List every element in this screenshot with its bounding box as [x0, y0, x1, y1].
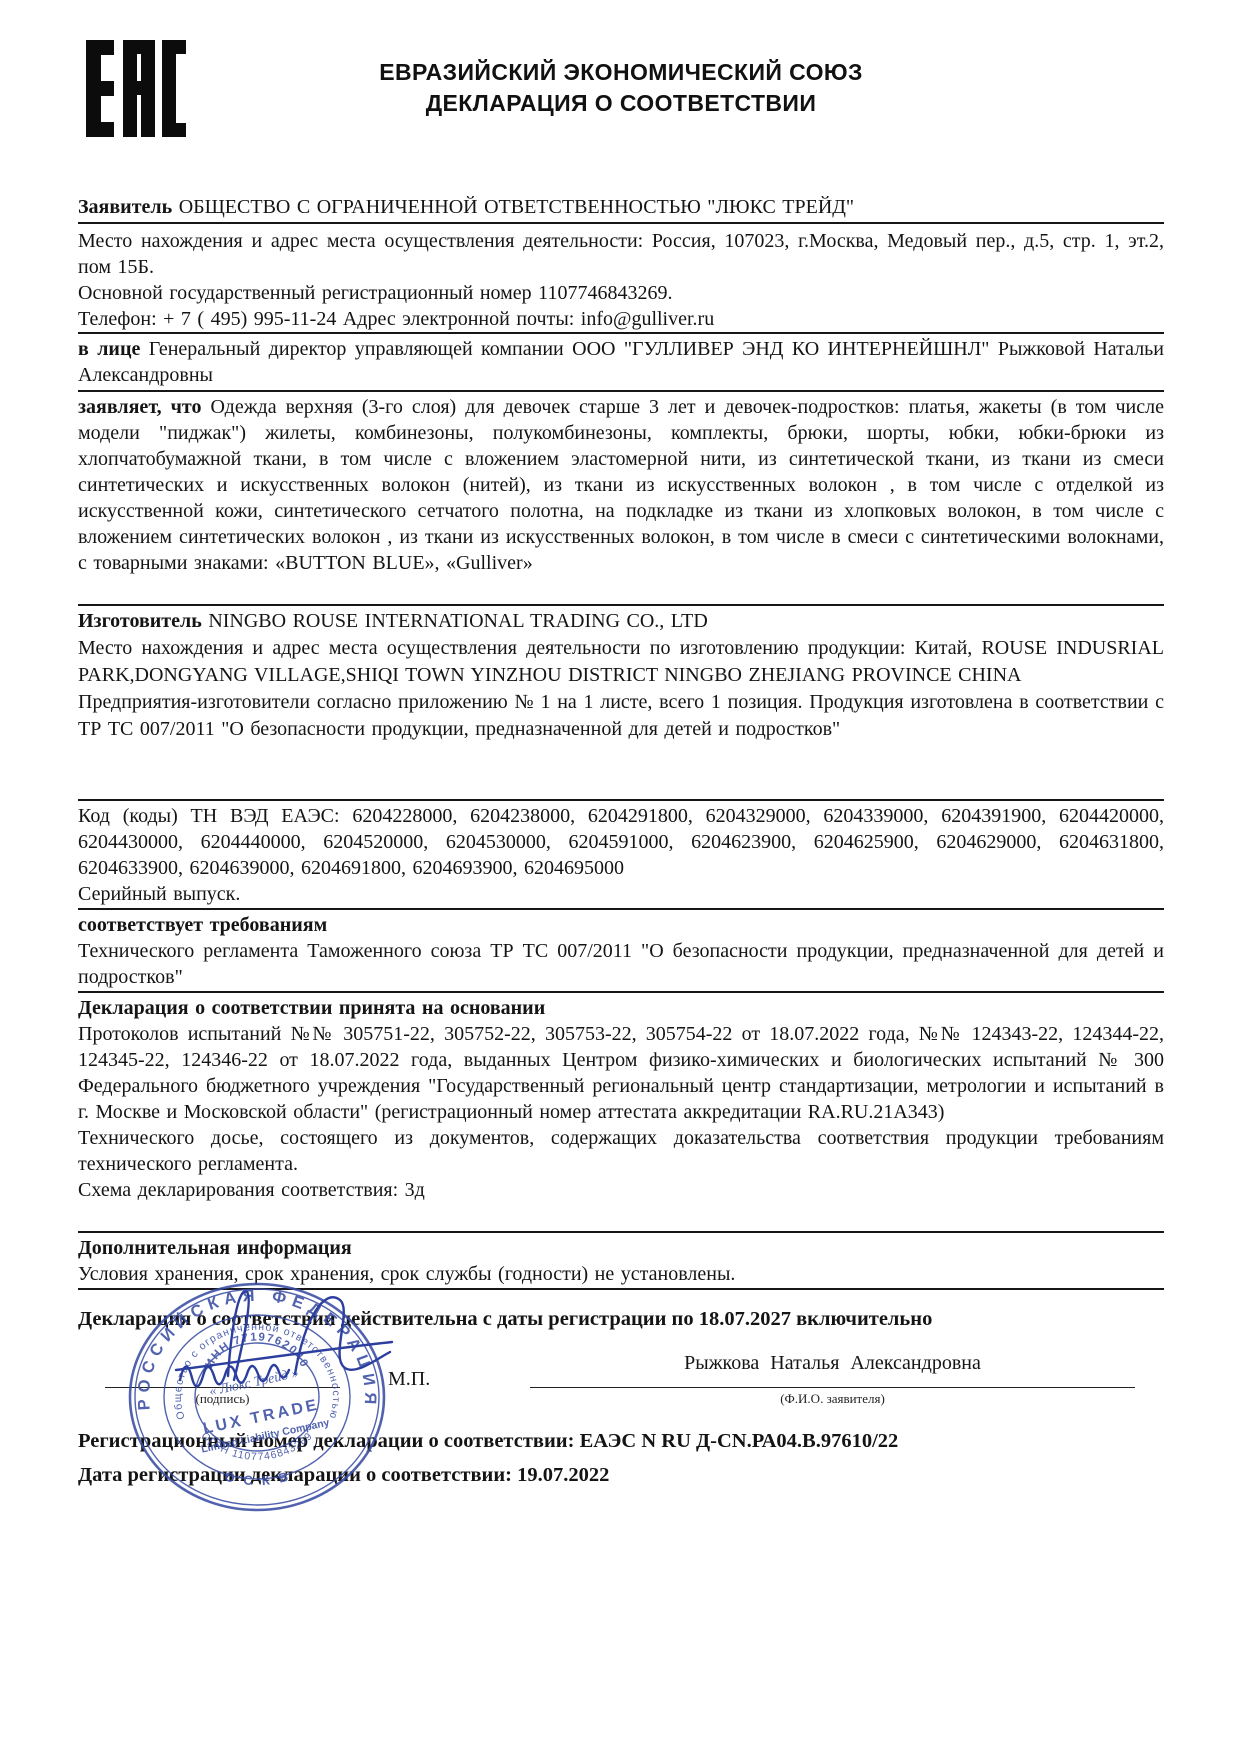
separator-line: [78, 390, 1164, 392]
basis-dossier: Технического досье, состоящего из докуме…: [78, 1125, 1164, 1177]
registration-number-value: ЕАЭС N RU Д-CN.РА04.В.97610/22: [580, 1430, 899, 1452]
representative-text: Генеральный директор управляющей компани…: [78, 338, 1164, 386]
basis-scheme: Схема декларирования соответствия: 3д: [78, 1177, 1164, 1203]
applicant-ogrn: Основной государственный регистрационный…: [78, 280, 1164, 306]
manufacturer-note: Предприятия-изготовители согласно прилож…: [78, 689, 1164, 743]
declaration-page: ЕВРАЗИЙСКИЙ ЭКОНОМИЧЕСКИЙ СОЮЗ ДЕКЛАРАЦИ…: [0, 0, 1240, 1755]
title-line-2: ДЕКЛАРАЦИЯ О СООТВЕТСТВИИ: [78, 88, 1164, 119]
manufacturer-section: Изготовитель NINGBO ROUSE INTERNATIONAL …: [78, 608, 1164, 743]
applicant-details: Место нахождения и адрес места осуществл…: [78, 228, 1164, 332]
registration-date-value: 19.07.2022: [517, 1464, 609, 1486]
basis-section: Декларация о соответствии принята на осн…: [78, 995, 1164, 1203]
applicant-phone: Телефон: + 7 ( 495) 995-11-24 Адрес элек…: [78, 306, 1164, 332]
basis-label: Декларация о соответствии принята на осн…: [78, 997, 545, 1019]
separator-line: [78, 1231, 1164, 1233]
serial-release: Серийный выпуск.: [78, 881, 1164, 907]
compliance-section: соответствует требованиям Технического р…: [78, 912, 1164, 990]
applicant-fio: Рыжкова Наталья Александровна: [530, 1352, 1135, 1375]
signature-scribble: [118, 1246, 418, 1426]
separator-line: [78, 222, 1164, 224]
title-line-1: ЕВРАЗИЙСКИЙ ЭКОНОМИЧЕСКИЙ СОЮЗ: [78, 57, 1164, 88]
separator-line: [78, 604, 1164, 606]
applicant-row: Заявитель ОБЩЕСТВО С ОГРАНИЧЕННОЙ ОТВЕТС…: [78, 194, 1164, 220]
manufacturer-address: Место нахождения и адрес места осуществл…: [78, 635, 1164, 689]
tnved-codes: Код (коды) ТН ВЭД ЕАЭС: 6204228000, 6204…: [78, 803, 1164, 881]
basis-protocols: Протоколов испытаний №№ 305751-22, 30575…: [78, 1021, 1164, 1125]
applicant-name: ОБЩЕСТВО С ОГРАНИЧЕННОЙ ОТВЕТСТВЕННОСТЬЮ…: [179, 196, 854, 218]
applicant-address: Место нахождения и адрес места осуществл…: [78, 228, 1164, 280]
manufacturer-label: Изготовитель: [78, 610, 202, 632]
fio-caption: (Ф.И.О. заявителя): [530, 1391, 1135, 1407]
separator-line: [78, 991, 1164, 993]
representative-label: в лице: [78, 338, 140, 360]
codes-section: Код (коды) ТН ВЭД ЕАЭС: 6204228000, 6204…: [78, 803, 1164, 907]
compliance-label: соответствует требованиям: [78, 914, 327, 936]
fio-line: [530, 1387, 1135, 1388]
applicant-label: Заявитель: [78, 196, 172, 218]
separator-line: [78, 332, 1164, 334]
separator-line: [78, 799, 1164, 801]
compliance-text: Технического регламента Таможенного союз…: [78, 938, 1164, 990]
representative-section: в лице Генеральный директор управляющей …: [78, 336, 1164, 388]
declares-section: заявляет, что Одежда верхняя (3-го слоя)…: [78, 394, 1164, 576]
declares-text: Одежда верхняя (3-го слоя) для девочек с…: [78, 396, 1164, 574]
separator-line: [78, 908, 1164, 910]
declares-label: заявляет, что: [78, 396, 201, 418]
document-title: ЕВРАЗИЙСКИЙ ЭКОНОМИЧЕСКИЙ СОЮЗ ДЕКЛАРАЦИ…: [78, 57, 1164, 119]
manufacturer-name: NINGBO ROUSE INTERNATIONAL TRADING CO., …: [208, 610, 708, 632]
